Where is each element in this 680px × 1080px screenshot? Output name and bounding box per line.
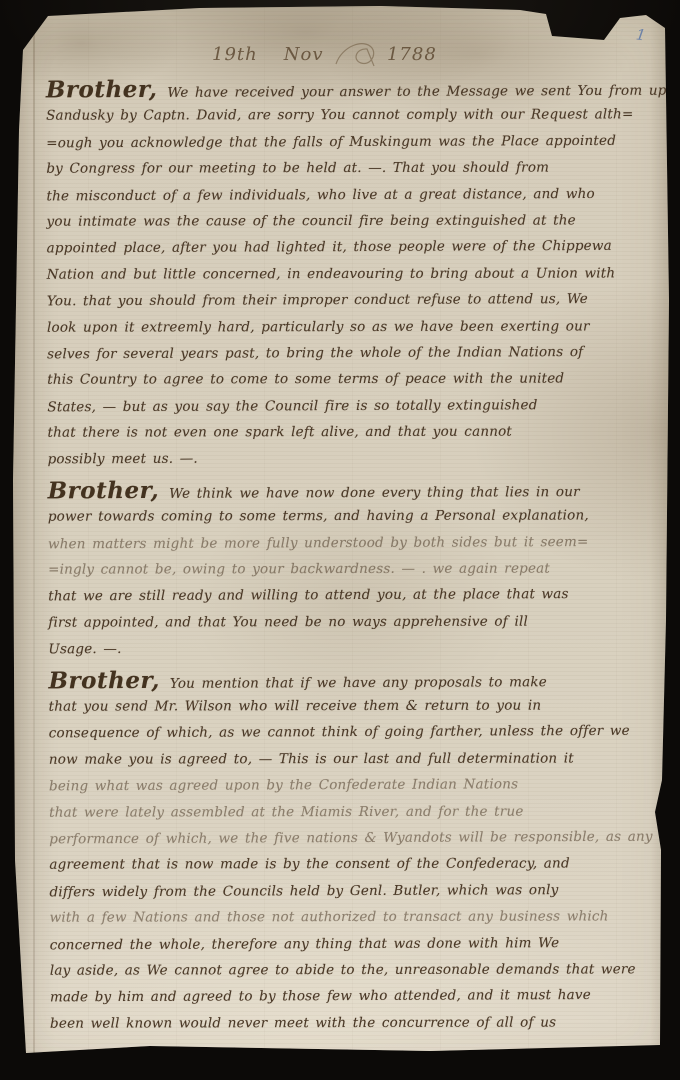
fold-crease	[33, 18, 35, 1054]
manuscript-line: =ough you acknowledge that the falls of …	[46, 127, 662, 156]
manuscript-line: when matters might be more fully underst…	[48, 528, 664, 557]
manuscript-line: been well known would never meet with th…	[50, 1009, 666, 1037]
manuscript-line: that we are still ready and willing to a…	[48, 581, 664, 610]
manuscript-line: first appointed, and that You need be no…	[48, 608, 664, 636]
manuscript-line: =ingly cannot be, owing to your backward…	[48, 555, 664, 583]
date-day: 19th	[212, 44, 258, 65]
line-text: We think we have now done every thing th…	[169, 484, 580, 502]
manuscript-line: possibly meet us. —.	[48, 444, 664, 473]
manuscript-line: Brother,We think we have now done every …	[48, 476, 664, 505]
manuscript-line: differs widely from the Councils held by…	[49, 876, 665, 905]
manuscript-line: the misconduct of a few individuals, who…	[46, 180, 662, 209]
manuscript-line: that you send Mr. Wilson who will receiv…	[49, 692, 665, 720]
manuscript-line: with a few Nations and those not authori…	[50, 903, 666, 931]
manuscript-line: consequence of which, as we cannot think…	[49, 718, 665, 747]
salutation: Brother,	[48, 666, 159, 693]
manuscript-line: made by him and agreed to by those few w…	[50, 982, 666, 1011]
manuscript-line: by Congress for our meeting to be held a…	[46, 154, 662, 182]
manuscript-line: that were lately assembled at the Miamis…	[49, 798, 665, 826]
manuscript-line: performance of which, we the five nation…	[49, 824, 665, 853]
date-month: Nov	[284, 44, 324, 65]
manuscript-line: Brother,We have received your answer to …	[46, 75, 662, 104]
manuscript-line: appointed place, after you had lighted i…	[47, 233, 663, 262]
manuscript-line: now make you is agreed to, — This is our…	[49, 745, 665, 773]
manuscript-line: you intimate was the cause of the counci…	[47, 207, 663, 235]
page-number-annotation: 1	[635, 25, 647, 44]
paragraph: Brother,You mention that if we have any …	[48, 665, 666, 1037]
manuscript-line: Brother,You mention that if we have any …	[48, 665, 664, 694]
manuscript-line: Usage. —.	[48, 634, 664, 663]
manuscript-line: You. that you should from their improper…	[47, 286, 663, 315]
paragraph: Brother,We think we have now done every …	[48, 476, 665, 663]
date-year: 1788	[387, 44, 437, 65]
manuscript-line: power towards coming to some terms, and …	[48, 503, 664, 531]
manuscript-line: this Country to agree to come to some te…	[47, 366, 663, 394]
manuscript-line: being what was agreed upon by the Confed…	[49, 771, 665, 800]
manuscript-line: agreement that is now made is by the con…	[49, 851, 665, 879]
manuscript-line: Nation and but little concerned, in ende…	[47, 260, 663, 288]
manuscript-line: look upon it extreemly hard, particularl…	[47, 313, 663, 341]
line-text: We have received your answer to the Mess…	[167, 83, 680, 101]
flourish-icon	[334, 40, 378, 70]
paragraph: Brother,We have received your answer to …	[46, 75, 664, 474]
salutation: Brother,	[46, 76, 157, 103]
manuscript-line: that there is not even one spark left al…	[47, 418, 663, 446]
line-text: You mention that if we have any proposal…	[170, 674, 547, 692]
manuscript-line: States, — but as you say the Council fir…	[47, 391, 663, 420]
manuscript-line: Sandusky by Captn. David, are sorry You …	[46, 102, 662, 130]
manuscript-line: lay aside, as We cannot agree to abide t…	[50, 956, 666, 984]
manuscript-line: concerned the whole, therefore any thing…	[50, 929, 666, 958]
manuscript-page: 1 19thNov 1788 Brother,We have received …	[0, 0, 680, 1080]
manuscript-line: selves for several years past, to bring …	[47, 339, 663, 368]
date-heading: 19thNov 1788	[212, 40, 437, 70]
salutation: Brother,	[48, 477, 159, 504]
scan-background: 1 19thNov 1788 Brother,We have received …	[0, 0, 680, 1080]
paragraphs: Brother,We have received your answer to …	[46, 75, 666, 1038]
